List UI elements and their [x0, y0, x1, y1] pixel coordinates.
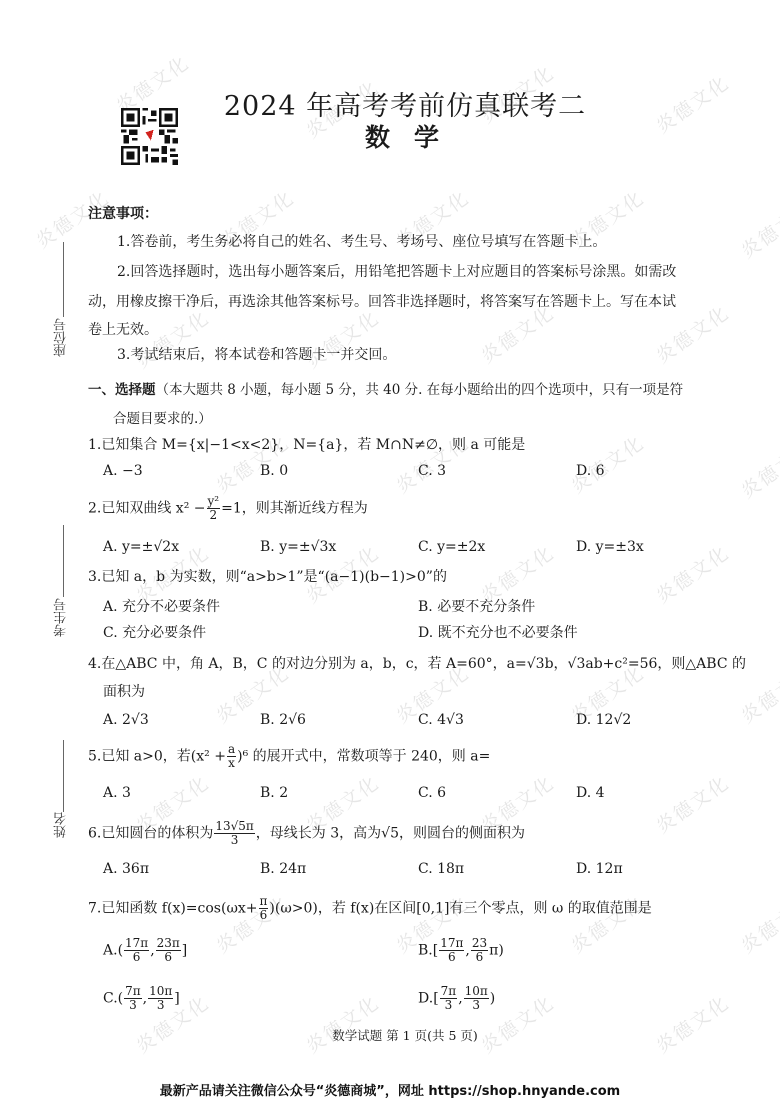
- option-a[interactable]: A. 36π: [103, 861, 149, 877]
- notice-item: 卷上无效。: [88, 320, 158, 340]
- fraction: ax: [227, 743, 236, 770]
- watermark: 炎德文化: [650, 988, 734, 1058]
- question-7: 7.已知函数 f(x)=cos(ωx+π6)(ω>0)，若 f(x)在区间[0,…: [88, 895, 652, 922]
- fraction: 13√5π3: [214, 820, 254, 847]
- option-c[interactable]: C. 18π: [418, 861, 464, 877]
- question-1: 1.已知集合 M={x|−1<x<2}，N={a}，若 M∩N≠∅，则 a 可能…: [88, 434, 525, 454]
- option-c[interactable]: C. 4√3: [418, 712, 464, 728]
- candidate-number-line[interactable]: [63, 525, 64, 597]
- subject-title: 数学: [0, 118, 780, 154]
- notice-heading: 注意事项：: [88, 203, 158, 223]
- question-3: 3.已知 a，b 为实数，则“a>b>1”是“(a−1)(b−1)>0”的: [88, 566, 447, 586]
- question-5: 5.已知 a>0，若(x² +ax)⁶ 的展开式中，常数项等于 240，则 a=: [88, 743, 490, 770]
- option-a[interactable]: A. 3: [103, 785, 131, 801]
- option-b[interactable]: B.[17π6,236π): [418, 937, 504, 964]
- option-d[interactable]: D. y=±3x: [576, 539, 644, 555]
- candidate-number-label: 考生号: [52, 598, 71, 637]
- option-d[interactable]: D. 4: [576, 785, 605, 801]
- watermark: 炎德文化: [735, 888, 780, 958]
- notice-item: 1.答卷前，考生务必将自己的姓名、考生号、考场号、座位号填写在答题卡上。: [117, 232, 606, 252]
- watermark: 炎德文化: [650, 768, 734, 838]
- question-4: 4.在△ABC 中，角 A，B，C 的对边分别为 a，b，c，若 A=60°，a…: [88, 653, 746, 673]
- option-b[interactable]: B. 0: [260, 463, 288, 479]
- option-b[interactable]: B. 必要不充分条件: [418, 596, 535, 616]
- watermark: 炎德文化: [735, 193, 780, 263]
- section-description: （本大题共 8 小题，每小题 5 分，共 40 分. 在每小题给出的四个选项中，…: [156, 382, 684, 398]
- page-footer: 数学试题 第 1 页(共 5 页): [0, 1026, 780, 1044]
- notice-item: 动，用橡皮擦干净后，再选涂其他答案标号。回答非选择题时，将答案写在答题卡上。写在…: [88, 292, 676, 312]
- option-c[interactable]: C.(7π3,10π3]: [103, 985, 180, 1012]
- notice-item: 2.回答选择题时，选出每小题答案后，用铅笔把答题卡上对应题目的答案标号涂黑。如需…: [117, 262, 676, 282]
- fraction: π6: [259, 895, 269, 922]
- question-6: 6.已知圆台的体积为13√5π3，母线长为 3，高为√5，则圆台的侧面积为: [88, 820, 525, 847]
- question-4-cont: 面积为: [103, 681, 145, 701]
- option-c[interactable]: C. 充分必要条件: [103, 622, 206, 642]
- option-c[interactable]: C. 3: [418, 463, 446, 479]
- promo-banner[interactable]: 最新产品请关注微信公众号“炎德商城”，网址 https://shop.hnyan…: [0, 1080, 780, 1099]
- option-a[interactable]: A. y=±√2x: [103, 539, 179, 555]
- fraction: y²2: [207, 495, 221, 522]
- question-stem: 已知集合 M={x|−1<x<2}，N={a}，若 M∩N≠∅，则 a 可能是: [101, 437, 525, 453]
- qr-code-icon[interactable]: [121, 108, 178, 165]
- name-line[interactable]: [63, 740, 64, 812]
- option-d[interactable]: D. 6: [576, 463, 605, 479]
- option-a[interactable]: A.(17π6,23π6]: [103, 937, 187, 964]
- section-title: 一、选择题: [88, 382, 156, 398]
- watermark: 炎德文化: [735, 433, 780, 503]
- option-d[interactable]: D. 既不充分也不必要条件: [418, 622, 578, 642]
- option-c[interactable]: C. y=±2x: [418, 539, 485, 555]
- question-2: 2.已知双曲线 x² −y²2=1，则其渐近线方程为: [88, 495, 368, 522]
- option-d[interactable]: D. 12π: [576, 861, 623, 877]
- option-c[interactable]: C. 6: [418, 785, 446, 801]
- question-stem: 在△ABC 中，角 A，B，C 的对边分别为 a，b，c，若 A=60°，a=√…: [101, 656, 746, 672]
- option-d[interactable]: D.[7π3,10π3): [418, 985, 495, 1012]
- name-label: 姓名: [52, 812, 71, 838]
- watermark: 炎德文化: [650, 538, 734, 608]
- option-b[interactable]: B. 2√6: [260, 712, 306, 728]
- option-a[interactable]: A. −3: [103, 463, 143, 479]
- option-d[interactable]: D. 12√2: [576, 712, 631, 728]
- option-a[interactable]: A. 2√3: [103, 712, 149, 728]
- section-header: 一、选择题（本大题共 8 小题，每小题 5 分，共 40 分. 在每小题给出的四…: [88, 378, 683, 398]
- seat-number-line[interactable]: [63, 242, 64, 317]
- seat-number-label: 座位号: [52, 318, 71, 357]
- notice-item: 3.考试结束后，将本试卷和答题卡一并交回。: [117, 345, 396, 365]
- watermark: 炎德文化: [300, 988, 384, 1058]
- option-b[interactable]: B. y=±√3x: [260, 539, 336, 555]
- option-a[interactable]: A. 充分不必要条件: [103, 596, 220, 616]
- option-b[interactable]: B. 24π: [260, 861, 306, 877]
- option-b[interactable]: B. 2: [260, 785, 288, 801]
- section-description-cont: 合题目要求的.）: [113, 407, 212, 427]
- question-stem: 已知 a，b 为实数，则“a>b>1”是“(a−1)(b−1)>0”的: [101, 569, 447, 585]
